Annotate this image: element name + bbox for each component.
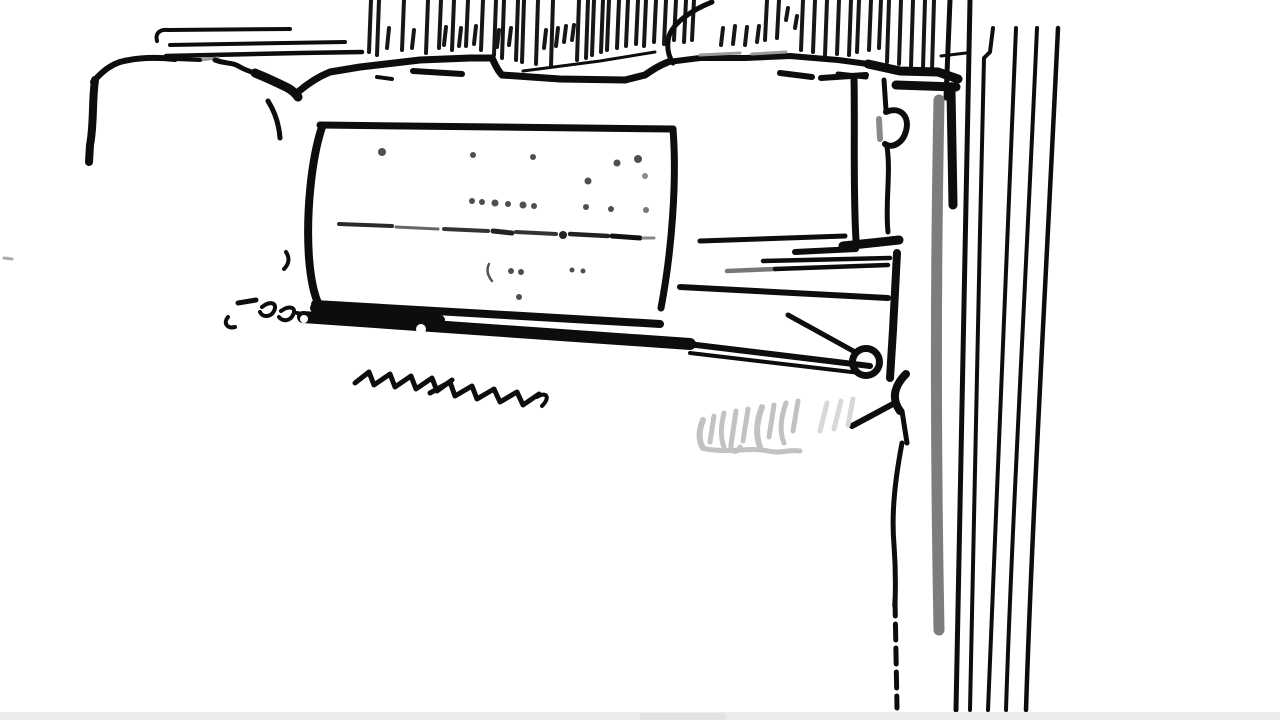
- slat-stroke-37: [564, 26, 566, 42]
- right-slat-gray-band: [936, 100, 939, 630]
- notation-dot-11: [520, 202, 527, 209]
- slat-stroke-33: [684, 0, 686, 42]
- shadow-stroke-3: [721, 413, 724, 447]
- latch-lower-stem: [887, 147, 888, 232]
- slat-stroke-32: [674, 0, 676, 40]
- slat-stroke-41: [745, 27, 747, 45]
- slat-stroke-6: [466, 0, 468, 46]
- notation-dot-3: [614, 160, 621, 167]
- slat-stroke-5: [452, 0, 454, 50]
- slat-stroke-48: [813, 0, 815, 52]
- notation-dot-14: [608, 206, 614, 212]
- slat-stroke-18: [509, 28, 511, 45]
- slat-stroke-10: [516, 0, 518, 60]
- notation-dot-19: [570, 268, 575, 273]
- slat-stroke-15: [459, 28, 461, 46]
- slat-stroke-45: [765, 0, 767, 40]
- mid-rail-3: [763, 258, 890, 261]
- notation-dot-2: [530, 154, 536, 160]
- notation-dot-1: [470, 152, 476, 158]
- text-line-seg-5: [516, 232, 556, 234]
- notation-dot-9: [492, 200, 499, 207]
- slat-stroke-16: [474, 26, 476, 44]
- band-blob-2: [780, 73, 812, 77]
- lamp-base: [843, 240, 899, 246]
- slat-stroke-54: [879, 0, 881, 48]
- slat-stroke-56: [899, 0, 901, 64]
- notation-dot-6: [642, 173, 648, 179]
- slat-stroke-21: [577, 0, 579, 60]
- slat-stroke-12: [387, 28, 389, 48]
- slat-stroke-19: [536, 0, 538, 64]
- shadow-underline: [706, 449, 800, 452]
- slat-stroke-28: [636, 0, 638, 44]
- slat-stroke-11: [522, 0, 524, 62]
- slat-stroke-2: [402, 0, 404, 50]
- slat-stroke-51: [849, 0, 851, 55]
- slat-stroke-27: [626, 0, 628, 46]
- notation-dot-5: [585, 178, 592, 185]
- slat-stroke-35: [544, 30, 546, 48]
- slat-stroke-1: [377, 0, 379, 55]
- notation-dot-0: [378, 148, 386, 156]
- slat-stroke-17: [497, 30, 499, 47]
- band-blob: [413, 71, 462, 74]
- notation-dot-20: [581, 269, 586, 274]
- panel-top-edge: [320, 125, 673, 129]
- slat-stroke-47: [801, 0, 803, 50]
- slat-stroke-58: [923, 0, 925, 68]
- slat-stroke-59: [932, 0, 934, 70]
- notation-dot-21: [516, 294, 522, 300]
- notation-dot-10: [505, 201, 511, 207]
- text-line-seg-1: [339, 224, 392, 226]
- sketch-canvas: [0, 0, 1280, 720]
- slat-stroke-13: [412, 30, 414, 48]
- notation-dot-18: [518, 269, 524, 275]
- notation-dot-13: [583, 204, 589, 210]
- notation-dot-17: [508, 268, 514, 274]
- lamp-tee: [821, 75, 866, 78]
- slat-stroke-39: [721, 28, 723, 45]
- left-arc-ridge: [175, 59, 200, 60]
- slat-stroke-4: [439, 0, 441, 48]
- slat-stroke-30: [654, 0, 656, 42]
- slat-stroke-34: [692, 0, 694, 40]
- notation-dot-4: [634, 155, 642, 163]
- slat-stroke-52: [857, 0, 859, 52]
- slat-stroke-50: [837, 0, 839, 54]
- ledge-hole-0: [300, 315, 308, 323]
- band-gray-dash-2: [752, 52, 786, 54]
- left-edge-gray-dot: [4, 258, 12, 259]
- frame-corner-top: [896, 85, 956, 87]
- slat-stroke-42: [757, 26, 759, 42]
- slat-stroke-14: [444, 27, 446, 45]
- slat-stroke-22: [586, 0, 588, 58]
- slat-stroke-40: [733, 26, 735, 44]
- slat-stroke-57: [911, 0, 913, 66]
- text-line-seg-7: [612, 236, 640, 238]
- slat-stroke-7: [481, 0, 483, 50]
- notation-dot-15: [643, 207, 649, 213]
- text-line-seg-4: [493, 231, 512, 233]
- frame-corner-side: [951, 91, 953, 205]
- latch-gray-notch: [879, 119, 880, 139]
- slat-stroke-25: [607, 0, 609, 50]
- slat-stroke-29: [644, 0, 646, 46]
- background: [0, 0, 1280, 720]
- slat-stroke-26: [617, 0, 619, 48]
- sketch-stage: [0, 0, 1280, 720]
- slat-stroke-24: [601, 0, 603, 52]
- slat-stroke-3: [426, 0, 428, 53]
- left-scribble-1: [238, 300, 256, 303]
- lamp-stem: [854, 78, 856, 240]
- ledge-hole-1: [416, 324, 426, 334]
- slat-stroke-53: [869, 0, 871, 50]
- footer-bar-dark-segment: [640, 713, 725, 720]
- band-tick: [377, 77, 392, 79]
- slat-stroke-36: [556, 28, 558, 46]
- notation-dot-12: [531, 203, 537, 209]
- latch-upper-stem: [884, 80, 886, 110]
- notation-dot-8: [479, 199, 485, 205]
- slat-stroke-43: [786, 8, 788, 20]
- slat-stroke-44: [795, 16, 797, 28]
- mid-rail-4-gray: [727, 269, 775, 271]
- notation-dot-7: [469, 198, 475, 204]
- text-line-seg-6: [570, 234, 608, 236]
- slat-stroke-38: [572, 25, 574, 40]
- mid-rail-2: [795, 249, 856, 252]
- notation-dot-16: [559, 231, 567, 239]
- slat-stroke-46: [777, 0, 779, 38]
- slat-stroke-31: [664, 0, 666, 44]
- band-gray-dash-1: [700, 53, 740, 55]
- text-line-seg-3: [444, 229, 488, 231]
- text-line-seg-2: [396, 227, 438, 229]
- slat-stroke-55: [887, 0, 889, 62]
- slat-stroke-49: [825, 0, 827, 55]
- shadow-stroke-1: [700, 420, 703, 448]
- slat-stroke-20: [551, 0, 553, 66]
- slat-stroke-9: [502, 0, 504, 58]
- slat-stroke-23: [592, 0, 594, 55]
- slat-stroke-0: [369, 0, 371, 52]
